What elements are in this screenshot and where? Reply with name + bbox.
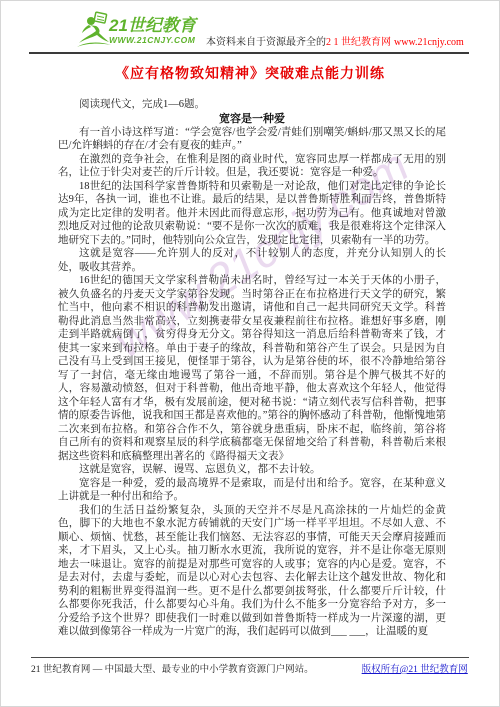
- header-notice-prefix: 本资料来自于资源最齐全的: [206, 37, 326, 48]
- footer-copyright-link[interactable]: 版权所有@21 世纪教育网: [362, 664, 468, 676]
- document-page: 21世纪教育 www.21cnjy.com 本资料来自于资源最齐全的2 1 世纪…: [0, 0, 500, 707]
- header-divider: [29, 52, 469, 54]
- header-notice-url: www.21cnjy.com: [394, 37, 464, 48]
- header-notice-sitename: 2 1 世纪教育网: [326, 37, 391, 48]
- paragraph: 宽容是一种爱，爱的最高境界不是索取，而是付出和给予。宽容，在某种意义上讲就是一种…: [58, 477, 446, 504]
- site-logo: 21世纪教育 www.21cnjy.com: [77, 11, 207, 53]
- essay-title: 宽容是一种爱: [58, 112, 446, 126]
- footer-site-description: 21 世纪教育网 — 中国最大型、最专业的中小学教育资源门户网站。: [31, 664, 314, 676]
- paragraph: 有一首小诗这样写道：“学会宽容/也学会爱/青蛙们别嘲笑/蝌蚪/那又黑又长的尾巴/…: [58, 126, 446, 153]
- article-paragraphs: 有一首小诗这样写道：“学会宽容/也学会爱/青蛙们别嘲笑/蝌蚪/那又黑又长的尾巴/…: [58, 126, 446, 639]
- paragraph: 16世纪的德国天文学家科普勒尚未出名时，曾经写过一本关于天体的小册子，被久负盛名…: [58, 274, 446, 463]
- running-man-icon: [77, 11, 111, 51]
- header-notice: 本资料来自于资源最齐全的2 1 世纪教育网www.21cnjy.com: [206, 37, 471, 49]
- article-body: 阅读现代文，完成1—6题。 宽容是一种爱 有一首小诗这样写道：“学会宽容/也学会…: [58, 98, 446, 639]
- exercise-instruction: 阅读现代文，完成1—6题。: [58, 98, 446, 112]
- footer: 21 世纪教育网 — 中国最大型、最专业的中小学教育资源门户网站。 版权所有@2…: [31, 664, 469, 676]
- paragraph: 这就是宽容，误解、谩骂、忘恩负义，都不去计较。: [58, 463, 446, 477]
- logo-brand-text: 21世纪教育: [109, 17, 196, 35]
- footer-divider: [31, 657, 469, 658]
- paragraph: 我们的生活日益纷繁复杂，头顶的天空并不尽是凡高涂抹的一片灿烂的金黄色，脚下的大地…: [58, 504, 446, 639]
- paragraph: 在激烈的竞争社会，在惟利是图的商业时代，宽容同忠厚一样都成了无用的别名，让位于针…: [58, 153, 446, 180]
- paragraph: 这就是宽容——允许别人的反对，不计较别人的态度，并充分认知别人的长处，吸收其营养…: [58, 247, 446, 274]
- paragraph: 18世纪的法国科学家普鲁斯特和贝索勒是一对论敌，他们对定比定律的争论长达9年，各…: [58, 180, 446, 248]
- logo-url-text: www.21cnjy.com: [109, 35, 196, 45]
- page-title: 《应有格物致知精神》突破难点能力训练: [1, 64, 499, 82]
